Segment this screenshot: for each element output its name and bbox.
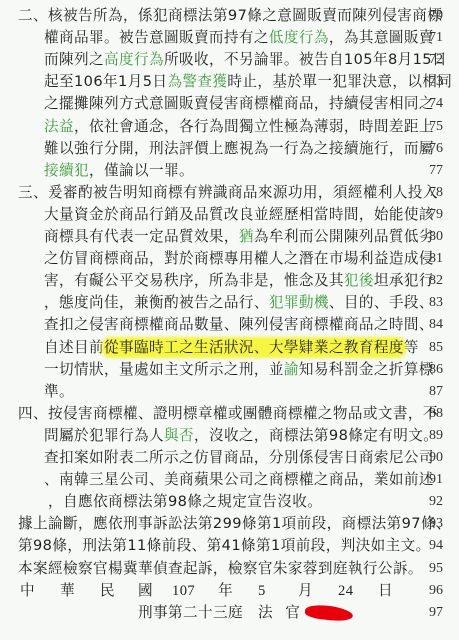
annotated-term: 猶 xyxy=(239,228,254,245)
annotated-term: 諭 xyxy=(284,361,299,378)
document-line: 商標具有代表一定品質效果，猶為牟利而公開陳列品質低劣80 xyxy=(0,226,459,248)
line-text: 查扣之侵害商標權商品數量、陳列侵害商標權商品之時間、 xyxy=(44,314,434,336)
line-number: 90 xyxy=(429,447,443,469)
line-text: 商標具有代表一定品質效果，猶為牟利而公開陳列品質低劣 xyxy=(44,226,434,248)
document-line: 之擺攤陳列方式意圖販賣侵害商標權商品，持續侵害相同之74 xyxy=(0,93,459,115)
line-number: 72 xyxy=(429,49,443,71)
line-text: 一切情狀，量處如主文所示之刑，並諭知易科罰金之折算標 xyxy=(44,359,434,381)
document-line: 四、按侵害商標權、證明標章權或團體商標權之物品或文書，不88 xyxy=(0,403,459,425)
annotated-term: 犯罪動機 xyxy=(269,294,329,311)
line-text: 法益，依社會通念，各行為間獨立性極為薄弱，時間差距上 xyxy=(44,116,434,138)
court-division: 刑事第二十三庭 xyxy=(138,602,243,624)
line-number: 70 xyxy=(429,5,443,27)
document-line: 本案經檢察官楊冀華偵查起訴，檢察官朱家蓉到庭執行公訴。95 xyxy=(0,558,459,580)
line-text: 自述目前從事臨時工之生活狀況、大學肄業之教育程度等 xyxy=(44,337,419,359)
line-number: 89 xyxy=(429,425,443,447)
line-number: 79 xyxy=(429,204,443,226)
text-segment: 難以強行分開，刑法評價上應視為一行為之接續施行，而屬 xyxy=(44,140,434,157)
text-segment: 所吸收，不另論罪。被告自105年8月15日 xyxy=(164,51,447,68)
date-part: 中 xyxy=(20,580,35,602)
text-segment: ，沒收之，商標法第98條定有明文。 xyxy=(194,427,438,444)
line-text: 接續犯，僅論以一罪。 xyxy=(44,160,194,182)
document-line: 法益，依社會通念，各行為間獨立性極為薄弱，時間差距上75 xyxy=(0,116,459,138)
text-segment: 、南韓三星公司、美商蘋果公司之商標權之商品，業如前述 xyxy=(44,471,434,488)
line-number: 74 xyxy=(429,93,443,115)
line-text: 之擺攤陳列方式意圖販賣侵害商標權商品，持續侵害相同之 xyxy=(44,93,434,115)
date-part: 國 xyxy=(138,580,153,602)
highlighted-text: 從事臨時工之生活狀況、大學肄業之教育程度 xyxy=(104,339,404,356)
document-line: 查扣之侵害商標權商品數量、陳列侵害商標權商品之時間、84 xyxy=(0,314,459,336)
line-number: 85 xyxy=(429,337,443,359)
text-segment: ，依社會通念，各行為間獨立性極為薄弱，時間差距上 xyxy=(74,118,434,135)
line-text: ，自應依商標法第98條之規定宣告沒收。 xyxy=(48,491,322,513)
document-line: 自述目前從事臨時工之生活狀況、大學肄業之教育程度等85 xyxy=(0,337,459,359)
text-segment: 坦承犯行 xyxy=(374,272,434,289)
document-line: 之仿冒商標商品，對於商標專用權人之潛在市場利益造成侵81 xyxy=(0,248,459,270)
line-number: 96 xyxy=(429,580,443,602)
line-text: 難以強行分開，刑法評價上應視為一行為之接續施行，而屬 xyxy=(44,138,434,160)
text-segment: 二、核被告所為，係犯商標法第97條之意圖販賣而陳列侵害商標 xyxy=(18,7,442,24)
document-line: 接續犯，僅論以一罪。77 xyxy=(0,160,459,182)
line-number: 92 xyxy=(429,491,443,513)
document-line: 二、核被告所為，係犯商標法第97條之意圖販賣而陳列侵害商標70 xyxy=(0,5,459,27)
text-segment: 準。 xyxy=(44,383,74,400)
annotated-term: 法益 xyxy=(44,118,74,135)
line-number: 73 xyxy=(429,71,443,93)
document-line: ，自應依商標法第98條之規定宣告沒收。92 xyxy=(0,491,459,513)
line-number: 82 xyxy=(429,270,443,292)
line-text: 、南韓三星公司、美商蘋果公司之商標權之商品，業如前述 xyxy=(44,469,434,491)
line-text: 權商品罪。被告意圖販賣而持有之低度行為，為其意圖販賣 xyxy=(44,27,434,49)
document-line: 、南韓三星公司、美商蘋果公司之商標權之商品，業如前述91 xyxy=(0,469,459,491)
text-segment: 權商品罪。被告意圖販賣而持有之 xyxy=(44,29,269,46)
text-segment: 據上論斷，應依刑事訴訟法第299條第1項前段，商標法第97條、 xyxy=(18,515,451,532)
document-line: 起至106年1月5日為警查獲時止，基於單一犯罪決意，以相同73 xyxy=(0,71,459,93)
document-line: 問屬於犯罪行為人與否，沒收之，商標法第98條定有明文。89 xyxy=(0,425,459,447)
text-segment: 四、按侵害商標權、證明標章權或團體商標權之物品或文書，不 xyxy=(18,405,438,422)
document-line: 大量資金於商品行銷及品質改良並經歷相當時間，始能使該79 xyxy=(0,204,459,226)
text-segment: 查扣之侵害商標權商品數量、陳列侵害商標權商品之時間、 xyxy=(44,316,434,333)
line-text: 四、按侵害商標權、證明標章權或團體商標權之物品或文書，不 xyxy=(18,403,438,425)
line-number: 80 xyxy=(429,226,443,248)
line-text: 三、爰審酌被告明知商標有辨識商品來源功用，須經權利人投入 xyxy=(18,182,438,204)
line-number: 84 xyxy=(429,314,443,336)
document-line: ，態度尚佳，兼衡酌被告之品行、犯罪動機、目的、手段、83 xyxy=(0,292,459,314)
text-segment: 害，有礙公平交易秩序，所為非是，惟念及其 xyxy=(44,272,344,289)
line-number: 83 xyxy=(429,292,443,314)
line-text: 起至106年1月5日為警查獲時止，基於單一犯罪決意，以相同 xyxy=(44,71,452,93)
date-part: 民 xyxy=(100,580,115,602)
text-segment: 時止，基於單一犯罪決意，以相同 xyxy=(227,73,452,90)
line-text: 據上論斷，應依刑事訴訟法第299條第1項前段，商標法第97條、 xyxy=(18,513,451,535)
text-segment: ，態度尚佳，兼衡酌被告之品行、 xyxy=(44,294,269,311)
signature-line: 刑事第二十三庭法 官97 xyxy=(0,602,459,624)
document-line: 難以強行分開，刑法評價上應視為一行為之接續施行，而屬76 xyxy=(0,138,459,160)
line-text: 第98條，刑法第11條前段、第41條第1項前段，判決如主文。 xyxy=(18,535,431,557)
line-text: 二、核被告所為，係犯商標法第97條之意圖販賣而陳列侵害商標 xyxy=(18,5,442,27)
line-number: 93 xyxy=(429,513,443,535)
date-part: 5 xyxy=(258,580,266,602)
text-segment: 而陳列之 xyxy=(44,51,104,68)
text-segment: 商標具有代表一定品質效果， xyxy=(44,228,239,245)
document-line: 準。87 xyxy=(0,381,459,403)
line-number: 91 xyxy=(429,469,443,491)
date-part: 日 xyxy=(378,580,393,602)
document-line: 一切情狀，量處如主文所示之刑，並諭知易科罰金之折算標86 xyxy=(0,359,459,381)
text-segment: ，為其意圖販賣 xyxy=(329,29,434,46)
line-number: 86 xyxy=(429,359,443,381)
document-line: 據上論斷，應依刑事訴訟法第299條第1項前段，商標法第97條、93 xyxy=(0,513,459,535)
line-text: 查扣案如附表二所示之仿冒商品，分別係侵害日商索尼公司 xyxy=(44,447,434,469)
line-number: 81 xyxy=(429,248,443,270)
text-segment: 之仿冒商標商品，對於商標專用權人之潛在市場利益造成侵 xyxy=(44,250,434,267)
text-segment: 、目的、手段、 xyxy=(329,294,434,311)
line-number: 77 xyxy=(429,160,443,182)
text-segment: ，自應依商標法第98條之規定宣告沒收。 xyxy=(48,493,322,510)
text-segment: 查扣案如附表二所示之仿冒商品，分別係侵害日商索尼公司 xyxy=(44,449,434,466)
line-number: 97 xyxy=(429,602,443,624)
text-segment: 問屬於犯罪行為人 xyxy=(44,427,164,444)
line-number: 78 xyxy=(429,182,443,204)
document-line: 害，有礙公平交易秩序，所為非是，惟念及其犯後坦承犯行82 xyxy=(0,270,459,292)
text-segment: 為牟利而公開陳列品質低劣 xyxy=(254,228,434,245)
date-part: 華 xyxy=(60,580,75,602)
line-number: 75 xyxy=(429,116,443,138)
text-segment: 一切情狀，量處如主文所示之刑，並 xyxy=(44,361,284,378)
text-segment: 知易科罰金之折算標 xyxy=(299,361,434,378)
text-segment: ，僅論以一罪。 xyxy=(89,162,194,179)
date-part: 107 xyxy=(172,580,195,602)
annotated-term: 高度行為 xyxy=(104,51,164,68)
text-segment: 大量資金於商品行銷及品質改良並經歷相當時間，始能使該 xyxy=(44,206,434,223)
line-text: 準。 xyxy=(44,381,74,403)
date-line: 中華民國107年5月24日96 xyxy=(0,580,459,602)
line-number: 76 xyxy=(429,138,443,160)
line-text: 害，有礙公平交易秩序，所為非是，惟念及其犯後坦承犯行 xyxy=(44,270,434,292)
line-text: 大量資金於商品行銷及品質改良並經歷相當時間，始能使該 xyxy=(44,204,434,226)
line-number: 71 xyxy=(429,27,443,49)
line-text: ，態度尚佳，兼衡酌被告之品行、犯罪動機、目的、手段、 xyxy=(44,292,434,314)
line-number: 87 xyxy=(429,381,443,403)
text-segment: 本案經檢察官楊冀華偵查起訴，檢察官朱家蓉到庭執行公訴。 xyxy=(18,560,423,577)
text-segment: 三、爰審酌被告明知商標有辨識商品來源功用，須經權利人投入 xyxy=(18,184,438,201)
line-text: 本案經檢察官楊冀華偵查起訴，檢察官朱家蓉到庭執行公訴。 xyxy=(18,558,423,580)
judge-title: 法 官 xyxy=(258,602,304,624)
document-line: 三、爰審酌被告明知商標有辨識商品來源功用，須經權利人投入78 xyxy=(0,182,459,204)
document-line: 第98條，刑法第11條前段、第41條第1項前段，判決如主文。94 xyxy=(0,535,459,557)
line-text: 之仿冒商標商品，對於商標專用權人之潛在市場利益造成侵 xyxy=(44,248,434,270)
document-line: 查扣案如附表二所示之仿冒商品，分別係侵害日商索尼公司90 xyxy=(0,447,459,469)
annotated-term: 犯後 xyxy=(344,272,374,289)
line-number: 95 xyxy=(429,558,443,580)
text-segment: 之擺攤陳列方式意圖販賣侵害商標權商品，持續侵害相同之 xyxy=(44,95,434,112)
line-text: 而陳列之高度行為所吸收，不另論罪。被告自105年8月15日 xyxy=(44,49,447,71)
text-segment: 起至106年1月5日 xyxy=(44,73,167,90)
text-segment: 第98條，刑法第11條前段、第41條第1項前段，判決如主文。 xyxy=(18,537,431,554)
annotated-term: 低度行為 xyxy=(269,29,329,46)
redaction-mark xyxy=(304,603,353,622)
document-line: 權商品罪。被告意圖販賣而持有之低度行為，為其意圖販賣71 xyxy=(0,27,459,49)
line-number: 94 xyxy=(429,535,443,557)
document-line: 而陳列之高度行為所吸收，不另論罪。被告自105年8月15日72 xyxy=(0,49,459,71)
line-text: 問屬於犯罪行為人與否，沒收之，商標法第98條定有明文。 xyxy=(44,425,438,447)
text-segment: 等 xyxy=(404,339,419,356)
date-part: 年 xyxy=(218,580,233,602)
line-number: 88 xyxy=(429,403,443,425)
annotated-term: 為警查獲 xyxy=(167,73,227,90)
annotated-term: 接續犯 xyxy=(44,162,89,179)
date-part: 24 xyxy=(338,580,353,602)
annotated-term: 與否 xyxy=(164,427,194,444)
text-segment: 自述目前 xyxy=(44,339,104,356)
date-part: 月 xyxy=(298,580,313,602)
